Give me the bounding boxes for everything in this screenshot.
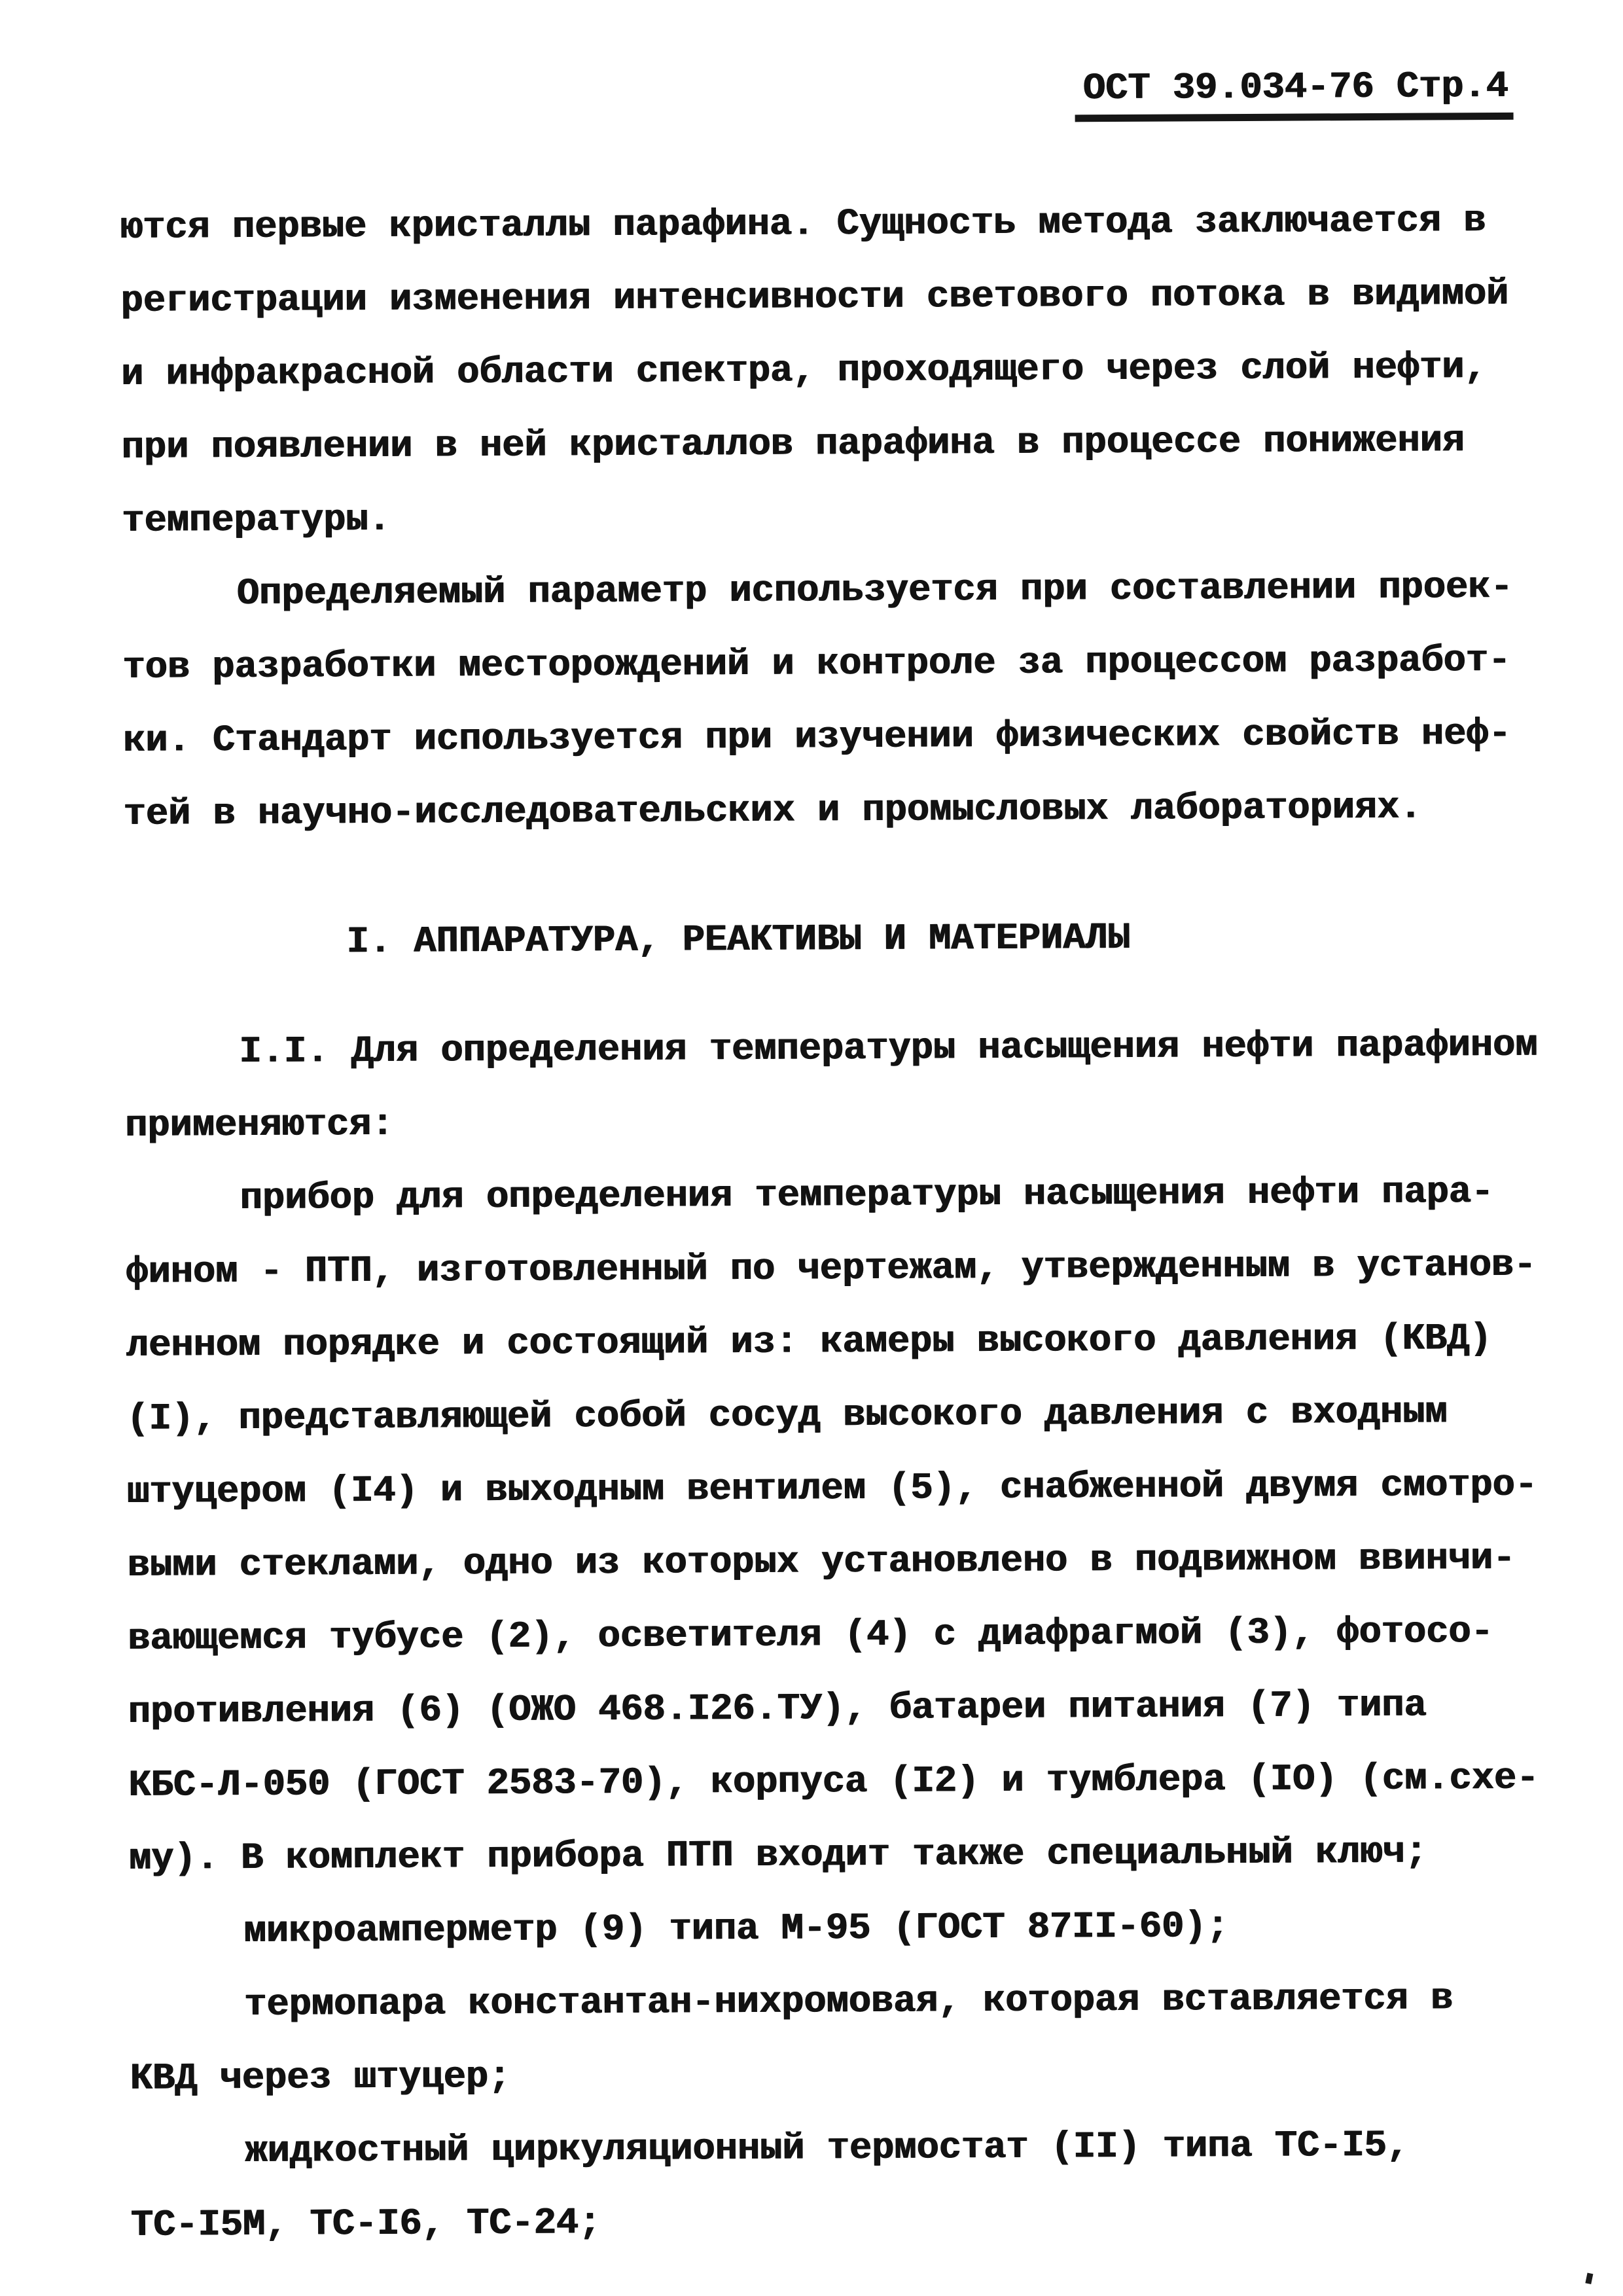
text-line: прибор для определения температуры насыщ… bbox=[125, 1156, 1520, 1236]
paragraph: Определяемый параметр используется при с… bbox=[122, 551, 1517, 852]
text-line: микроамперметр (9) типа М-95 (ГОСТ 87II-… bbox=[129, 1889, 1524, 1969]
text-line: тей в научно-исследовательских и промысл… bbox=[123, 771, 1518, 852]
paragraph: микроамперметр (9) типа М-95 (ГОСТ 87II-… bbox=[129, 1889, 1524, 1969]
text-line: I.I. Для определения температуры насыщен… bbox=[124, 1009, 1519, 1090]
section-heading-apparatus: I. АППАРАТУРА, РЕАКТИВЫ И МАТЕРИАЛЫ bbox=[346, 900, 1518, 979]
text-line: регистрации изменения интенсивности свет… bbox=[120, 258, 1515, 338]
document-body: ются первые кристаллы парафина. Сущность… bbox=[120, 185, 1525, 2263]
paragraph: прибор для определения температуры насыщ… bbox=[125, 1156, 1523, 1896]
scanned-document-page: ОСТ 39.034-76 Стр.4 ются первые кристалл… bbox=[0, 0, 1623, 2296]
text-line: му). В комплект прибора ПТП входит также… bbox=[128, 1816, 1523, 1896]
text-line: ются первые кристаллы парафина. Сущность… bbox=[120, 185, 1514, 265]
text-line: тов разработки месторождений и контроле … bbox=[122, 624, 1517, 705]
text-line: ленном порядке и состоящий из: камеры вы… bbox=[126, 1302, 1520, 1383]
text-line: штуцером (I4) и выходным вентилем (5), с… bbox=[126, 1449, 1521, 1530]
standard-number-header: ОСТ 39.034-76 Стр.4 bbox=[1075, 65, 1513, 122]
text-line: КВД через штуцер; bbox=[130, 2036, 1524, 2116]
scan-tilt-wrapper: ОСТ 39.034-76 Стр.4 ются первые кристалл… bbox=[0, 0, 1623, 2296]
text-line: при появлении в ней кристаллов парафина … bbox=[121, 404, 1516, 485]
text-line: жидкостный циркуляционный термостат (II)… bbox=[130, 2109, 1525, 2189]
text-line: температуры. bbox=[122, 478, 1516, 558]
text-line: применяются: bbox=[124, 1083, 1519, 1163]
ink-speck-artifact bbox=[1585, 2273, 1593, 2284]
text-line: КБС-Л-050 (ГОСТ 2583-70), корпуса (I2) и… bbox=[128, 1742, 1523, 1823]
paragraph: ются первые кристаллы парафина. Сущность… bbox=[120, 185, 1516, 558]
text-line: выми стеклами, одно из которых установле… bbox=[127, 1522, 1522, 1603]
text-line: (I), представляющей собой сосуд высокого… bbox=[126, 1376, 1521, 1456]
paragraph: I.I. Для определения температуры насыщен… bbox=[124, 1009, 1519, 1163]
text-line: противления (6) (ОЖО 468.I26.ТУ), батаре… bbox=[128, 1669, 1522, 1749]
text-line: вающемся тубусе (2), осветителя (4) с ди… bbox=[127, 1596, 1522, 1676]
text-line: термопара константан-нихромовая, которая… bbox=[129, 1962, 1524, 2043]
paragraph: жидкостный циркуляционный термостат (II)… bbox=[130, 2109, 1525, 2263]
text-line: ТС-I5М, ТС-I6, ТС-24; bbox=[130, 2182, 1525, 2263]
text-line: фином - ПТП, изготовленный по чертежам, … bbox=[126, 1229, 1520, 1310]
text-line: ки. Стандарт используется при изучении ф… bbox=[122, 698, 1517, 778]
paragraph: термопара константан-нихромовая, которая… bbox=[129, 1962, 1524, 2116]
text-line: Определяемый параметр используется при с… bbox=[122, 551, 1516, 632]
text-line: и инфракрасной области спектра, проходящ… bbox=[120, 331, 1515, 412]
